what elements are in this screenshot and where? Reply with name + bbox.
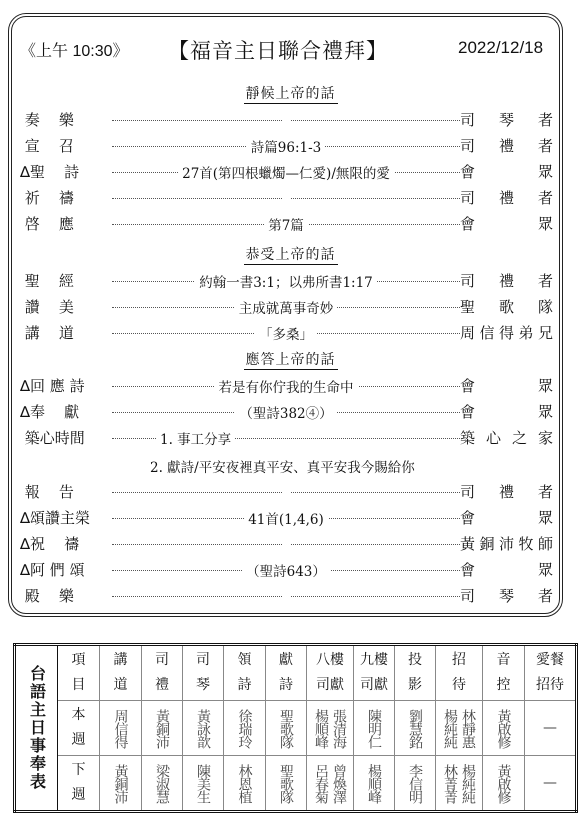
order-item: 講 道 [20,322,108,343]
order-leader: 會 眾 [460,559,553,580]
order-row: 啓 應第7篇會 眾 [20,213,560,235]
order-item: ∆祝 禱 [20,533,108,554]
duty-cell: 楊純純 林菁菁 [436,756,483,812]
order-content: （聖詩643） [112,560,460,580]
order-row: 讚 美主成就萬事奇妙聖歌隊 [20,296,560,318]
duty-cell: — [525,701,577,756]
order-content: 27首(第四根蠟燭—仁愛)/無限的愛 [112,162,460,182]
order-content: 41首(1,4,6) [112,508,460,528]
order-row: 宣 召詩篇96:1-3司禮者 [20,135,560,157]
order-leader: 司禮者 [460,135,553,156]
order-item: ∆回 應 詩 [20,375,108,396]
order-item: 築心時間 [20,427,108,448]
order-item: 奏 樂 [20,109,108,130]
order-content [112,110,460,126]
duty-cell: 陳明仁 [354,701,395,756]
duty-cell: 張清海 楊順峰 [307,701,354,756]
duty-week-label: 下週 [58,756,100,812]
duty-cell: 聖歌隊 [266,701,307,756]
duty-column-header: 獻詩 [266,645,307,701]
order-item: 殿 樂 [20,585,108,606]
order-leader: 司琴者 [460,585,553,606]
duty-cell: 林靜惠 楊純純 [436,701,483,756]
order-leader: 聖歌隊 [460,296,553,317]
duty-column-header: 招待 [436,645,483,701]
order-row: ∆回 應 詩若是有你佇我的生命中會 眾 [20,375,560,397]
duty-cell: 梁淑慧 [142,756,183,812]
duty-cell: 陳美生 [183,756,224,812]
order-leader: 司禮者 [460,270,553,291]
duty-row: 本週周信得黃銅沛黃詠歆徐瑞玲聖歌隊張清海 楊順峰陳明仁劉慧銘林靜惠 楊純純黃啟修… [15,701,577,756]
service-date: 2022/12/18 [458,38,543,58]
duty-column-header: 音控 [483,645,525,701]
duty-cell: — [525,756,577,812]
duty-column-header: 八樓司獻 [307,645,354,701]
order-row: 報 告司禮者 [20,481,560,503]
order-content: 1. 事工分享 [112,428,460,448]
duty-column-header: 講道 [100,645,142,701]
order-row: 聖 經約翰一書3:1；以弗所書1:17司禮者 [20,270,560,292]
duty-cell: 黃啟修 [483,701,525,756]
duty-cell: 周信得 [100,701,142,756]
duty-week-label: 本週 [58,701,100,756]
duty-cell: 黃銅沛 [142,701,183,756]
order-content: 詩篇96:1-3 [112,136,460,156]
order-leader: 會 眾 [460,161,553,182]
order-content [112,586,460,602]
duty-cell: 劉慧銘 [395,701,436,756]
order-leader: 會 眾 [460,507,553,528]
duty-cell: 林恩植 [224,756,266,812]
section-heading-1: 靜候上帝的話 [0,83,581,103]
order-row: 奏 樂司琴者 [20,109,560,131]
order-item: 祈 禱 [20,187,108,208]
order-row: 講 道「多桑」周信得弟兄 [20,322,560,344]
order-item: ∆阿 們 頌 [20,559,108,580]
section-heading-3: 應答上帝的話 [0,349,581,369]
order-leader: 司禮者 [460,481,553,502]
order-item: ∆奉 獻 [20,401,108,422]
duty-column-header: 項目 [58,645,100,701]
order-item: 報 告 [20,481,108,502]
order-content: 「多桑」 [112,323,460,343]
order-content [112,482,460,498]
duty-column-header: 司琴 [183,645,224,701]
order-row: ∆頌讚主榮41首(1,4,6)會 眾 [20,507,560,529]
duty-cell: 黃詠歆 [183,701,224,756]
duty-header-row: 台語主日事奉表項目講道司禮司琴領詩獻詩八樓司獻九樓司獻投影招待音控愛餐招待 [15,645,577,701]
duty-row: 下週黃銅沛梁淑慧陳美生林恩植聖歌隊曾煥澤 呂春菊楊順峰李信明楊純純 林菁菁黃啟修… [15,756,577,812]
duty-cell: 李信明 [395,756,436,812]
page-title: 【福音主日聯合禮拜】 [168,35,388,65]
duty-cell: 曾煥澤 呂春菊 [307,756,354,812]
duty-column-header: 投影 [395,645,436,701]
duty-cell: 黃啟修 [483,756,525,812]
duty-column-header: 司禮 [142,645,183,701]
order-row: ∆祝 禱黃銅沛牧師 [20,533,560,555]
duty-cell: 聖歌隊 [266,756,307,812]
order-content [112,534,460,550]
duty-column-header: 領詩 [224,645,266,701]
order-row: ∆聖 詩27首(第四根蠟燭—仁愛)/無限的愛會 眾 [20,161,560,183]
order-content: 若是有你佇我的生命中 [112,376,460,396]
order-leader: 司禮者 [460,187,553,208]
order-content: 主成就萬事奇妙 [112,297,460,317]
order-item: ∆頌讚主榮 [20,507,108,528]
duty-cell: 徐瑞玲 [224,701,266,756]
order-row: ∆奉 獻（聖詩382④）會 眾 [20,401,560,423]
order-row: 殿 樂司琴者 [20,585,560,607]
order-item: 啓 應 [20,213,108,234]
order-item: 宣 召 [20,135,108,156]
order-leader: 黃銅沛牧師 [460,533,553,554]
order-row: 築心時間1. 事工分享築心之家 [20,427,560,449]
order-item: 聖 經 [20,270,108,291]
order-row: 祈 禱司禮者 [20,187,560,209]
order-leader: 會 眾 [460,213,553,234]
order-content: 約翰一書3:1；以弗所書1:17 [112,271,460,291]
duty-table-title: 台語主日事奉表 [15,645,58,812]
duty-cell: 楊順峰 [354,756,395,812]
duty-column-header: 愛餐招待 [525,645,577,701]
order-leader: 築心之家 [460,427,553,448]
order-leader: 會 眾 [460,375,553,396]
order-content [112,188,460,204]
order-leader: 會 眾 [460,401,553,422]
order-content: 第7篇 [112,214,460,234]
section-heading-2: 恭受上帝的話 [0,244,581,264]
order-leader: 周信得弟兄 [460,322,553,343]
duty-roster-table: 台語主日事奉表項目講道司禮司琴領詩獻詩八樓司獻九樓司獻投影招待音控愛餐招待本週周… [13,643,578,813]
extra-line: 2. 獻詩/平安夜裡真平安、真平安我今賜給你 [150,456,415,476]
duty-column-header: 九樓司獻 [354,645,395,701]
order-row: ∆阿 們 頌（聖詩643）會 眾 [20,559,560,581]
duty-cell: 黃銅沛 [100,756,142,812]
order-leader: 司琴者 [460,109,553,130]
order-item: 讚 美 [20,296,108,317]
service-time: 《上午 10:30》 [20,38,129,61]
order-content: （聖詩382④） [112,402,460,422]
order-item: ∆聖 詩 [20,161,108,182]
